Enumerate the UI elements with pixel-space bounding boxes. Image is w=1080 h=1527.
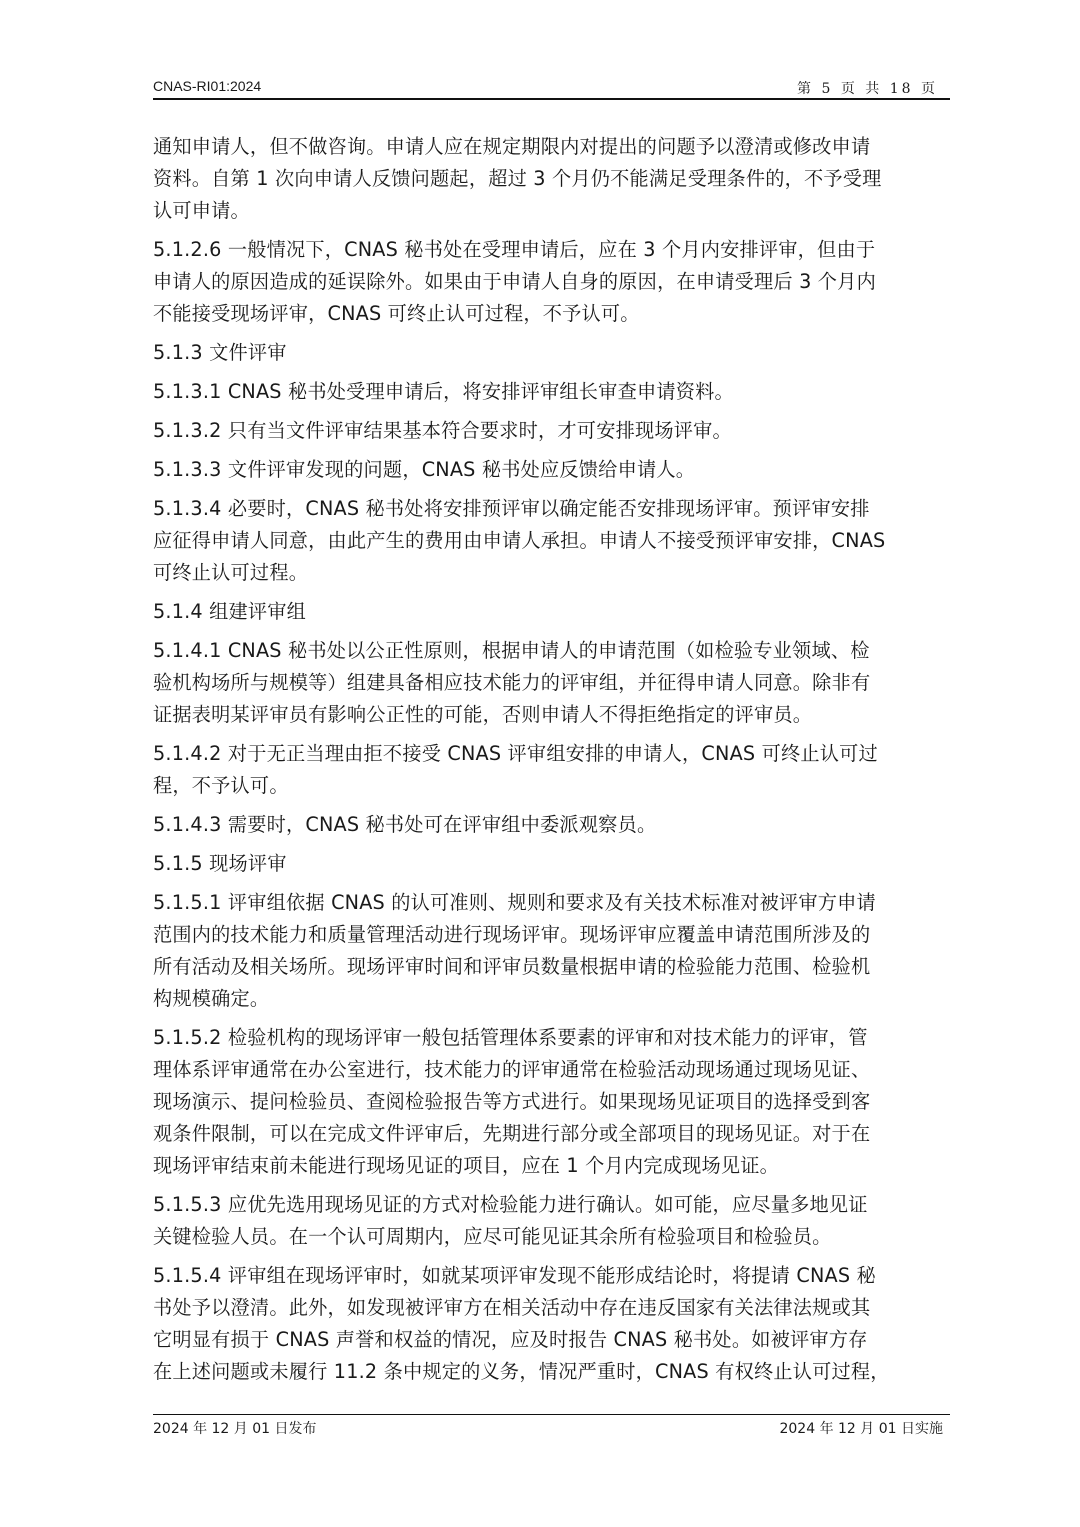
text-line: 应征得申请人同意，由此产生的费用由申请人承担。申请人不接受预评审安排，CNAS (153, 525, 953, 557)
text-line: 5.1.4.1 CNAS 秘书处以公正性原则，根据申请人的申请范围（如检验专业领… (153, 635, 953, 667)
text-line: 书处予以澄清。此外，如发现被评审方在相关活动中存在违反国家有关法律法规或其 (153, 1292, 953, 1324)
section-heading: 5.1.5 现场评审 (153, 848, 953, 880)
clause-5-1-5-2: 5.1.5.2 检验机构的现场评审一般包括管理体系要素的评审和对技术能力的评审，… (153, 1022, 953, 1182)
clause-5-1-3-1: 5.1.3.1 CNAS 秘书处受理申请后，将安排评审组长审查申请资料。 (153, 376, 953, 408)
page-header: CNAS-RI01:2024 第 5 页 共 18 页 (153, 78, 950, 100)
section-heading: 5.1.3 文件评审 (153, 337, 953, 369)
text-line: 程，不予认可。 (153, 770, 953, 802)
clause-5-1-5-3: 5.1.5.3 应优先选用现场见证的方式对检验能力进行确认。如可能，应尽量多地见… (153, 1189, 953, 1253)
text-line: 所有活动及相关场所。现场评审时间和评审员数量根据申请的检验能力范围、检验机 (153, 951, 953, 983)
paragraph-continuation: 通知申请人，但不做咨询。申请人应在规定期限内对提出的问题予以澄清或修改申请 资料… (153, 131, 953, 227)
clause-5-1-3-4: 5.1.3.4 必要时，CNAS 秘书处将安排预评审以确定能否安排现场评审。预评… (153, 493, 953, 589)
text-line: 5.1.4.3 需要时，CNAS 秘书处可在评审组中委派观察员。 (153, 809, 953, 841)
text-line: 5.1.2.6 一般情况下，CNAS 秘书处在受理申请后，应在 3 个月内安排评… (153, 234, 953, 266)
text-line: 5.1.5.1 评审组依据 CNAS 的认可准则、规则和要求及有关技术标准对被评… (153, 887, 953, 919)
text-line: 不能接受现场评审，CNAS 可终止认可过程，不予认可。 (153, 298, 953, 330)
section-heading-5-1-3: 5.1.3 文件评审 (153, 337, 953, 369)
page-number: 第 5 页 共 18 页 (797, 78, 938, 98)
text-line: 5.1.4.2 对于无正当理由拒不接受 CNAS 评审组安排的申请人，CNAS … (153, 738, 953, 770)
text-line: 申请人的原因造成的延误除外。如果由于申请人自身的原因，在申请受理后 3 个月内 (153, 266, 953, 298)
text-line: 5.1.3.4 必要时，CNAS 秘书处将安排预评审以确定能否安排现场评审。预评… (153, 493, 953, 525)
text-line: 通知申请人，但不做咨询。申请人应在规定期限内对提出的问题予以澄清或修改申请 (153, 131, 953, 163)
text-line: 关键检验人员。在一个认可周期内，应尽可能见证其余所有检验项目和检验员。 (153, 1221, 953, 1253)
text-line: 5.1.3.2 只有当文件评审结果基本符合要求时，才可安排现场评审。 (153, 415, 953, 447)
publish-date: 2024 年 12 月 01 日发布 (153, 1418, 317, 1438)
clause-5-1-4-2: 5.1.4.2 对于无正当理由拒不接受 CNAS 评审组安排的申请人，CNAS … (153, 738, 953, 802)
text-line: 资料。自第 1 次向申请人反馈问题起，超过 3 个月仍不能满足受理条件的，不予受… (153, 163, 953, 195)
clause-5-1-4-3: 5.1.4.3 需要时，CNAS 秘书处可在评审组中委派观察员。 (153, 809, 953, 841)
clause-5-1-3-3: 5.1.3.3 文件评审发现的问题，CNAS 秘书处应反馈给申请人。 (153, 454, 953, 486)
text-line: 5.1.5.4 评审组在现场评审时，如就某项评审发现不能形成结论时，将提请 CN… (153, 1260, 953, 1292)
text-line: 它明显有损于 CNAS 声誉和权益的情况，应及时报告 CNAS 秘书处。如被评审… (153, 1324, 953, 1356)
text-line: 现场评审结束前未能进行现场见证的项目，应在 1 个月内完成现场见证。 (153, 1150, 953, 1182)
text-line: 5.1.3.3 文件评审发现的问题，CNAS 秘书处应反馈给申请人。 (153, 454, 953, 486)
text-line: 5.1.5.2 检验机构的现场评审一般包括管理体系要素的评审和对技术能力的评审，… (153, 1022, 953, 1054)
document-body: 通知申请人，但不做咨询。申请人应在规定期限内对提出的问题予以澄清或修改申请 资料… (153, 131, 953, 1395)
text-line: 在上述问题或未履行 11.2 条中规定的义务，情况严重时，CNAS 有权终止认可… (153, 1356, 953, 1388)
page-footer: 2024 年 12 月 01 日发布 2024 年 12 月 01 日实施 (153, 1418, 950, 1440)
section-heading: 5.1.4 组建评审组 (153, 596, 953, 628)
clause-5-1-3-2: 5.1.3.2 只有当文件评审结果基本符合要求时，才可安排现场评审。 (153, 415, 953, 447)
text-line: 5.1.5.3 应优先选用现场见证的方式对检验能力进行确认。如可能，应尽量多地见… (153, 1189, 953, 1221)
text-line: 验机构场所与规模等）组建具备相应技术能力的评审组，并征得申请人同意。除非有 (153, 667, 953, 699)
text-line: 理体系评审通常在办公室进行，技术能力的评审通常在检验活动现场通过现场见证、 (153, 1054, 953, 1086)
header-divider (153, 98, 950, 100)
text-line: 范围内的技术能力和质量管理活动进行现场评审。现场评审应覆盖申请范围所涉及的 (153, 919, 953, 951)
text-line: 可终止认可过程。 (153, 557, 953, 589)
clause-5-1-5-1: 5.1.5.1 评审组依据 CNAS 的认可准则、规则和要求及有关技术标准对被评… (153, 887, 953, 1015)
text-line: 认可申请。 (153, 195, 953, 227)
text-line: 5.1.3.1 CNAS 秘书处受理申请后，将安排评审组长审查申请资料。 (153, 376, 953, 408)
text-line: 证据表明某评审员有影响公正性的可能，否则申请人不得拒绝指定的评审员。 (153, 699, 953, 731)
text-line: 构规模确定。 (153, 983, 953, 1015)
footer-divider (153, 1414, 950, 1415)
clause-5-1-5-4: 5.1.5.4 评审组在现场评审时，如就某项评审发现不能形成结论时，将提请 CN… (153, 1260, 953, 1388)
section-heading-5-1-5: 5.1.5 现场评审 (153, 848, 953, 880)
text-line: 现场演示、提问检验员、查阅检验报告等方式进行。如果现场见证项目的选择受到客 (153, 1086, 953, 1118)
text-line: 观条件限制，可以在完成文件评审后，先期进行部分或全部项目的现场见证。对于在 (153, 1118, 953, 1150)
clause-5-1-4-1: 5.1.4.1 CNAS 秘书处以公正性原则，根据申请人的申请范围（如检验专业领… (153, 635, 953, 731)
clause-5-1-2-6: 5.1.2.6 一般情况下，CNAS 秘书处在受理申请后，应在 3 个月内安排评… (153, 234, 953, 330)
section-heading-5-1-4: 5.1.4 组建评审组 (153, 596, 953, 628)
implementation-date: 2024 年 12 月 01 日实施 (779, 1418, 943, 1438)
document-id: CNAS-RI01:2024 (153, 78, 261, 94)
